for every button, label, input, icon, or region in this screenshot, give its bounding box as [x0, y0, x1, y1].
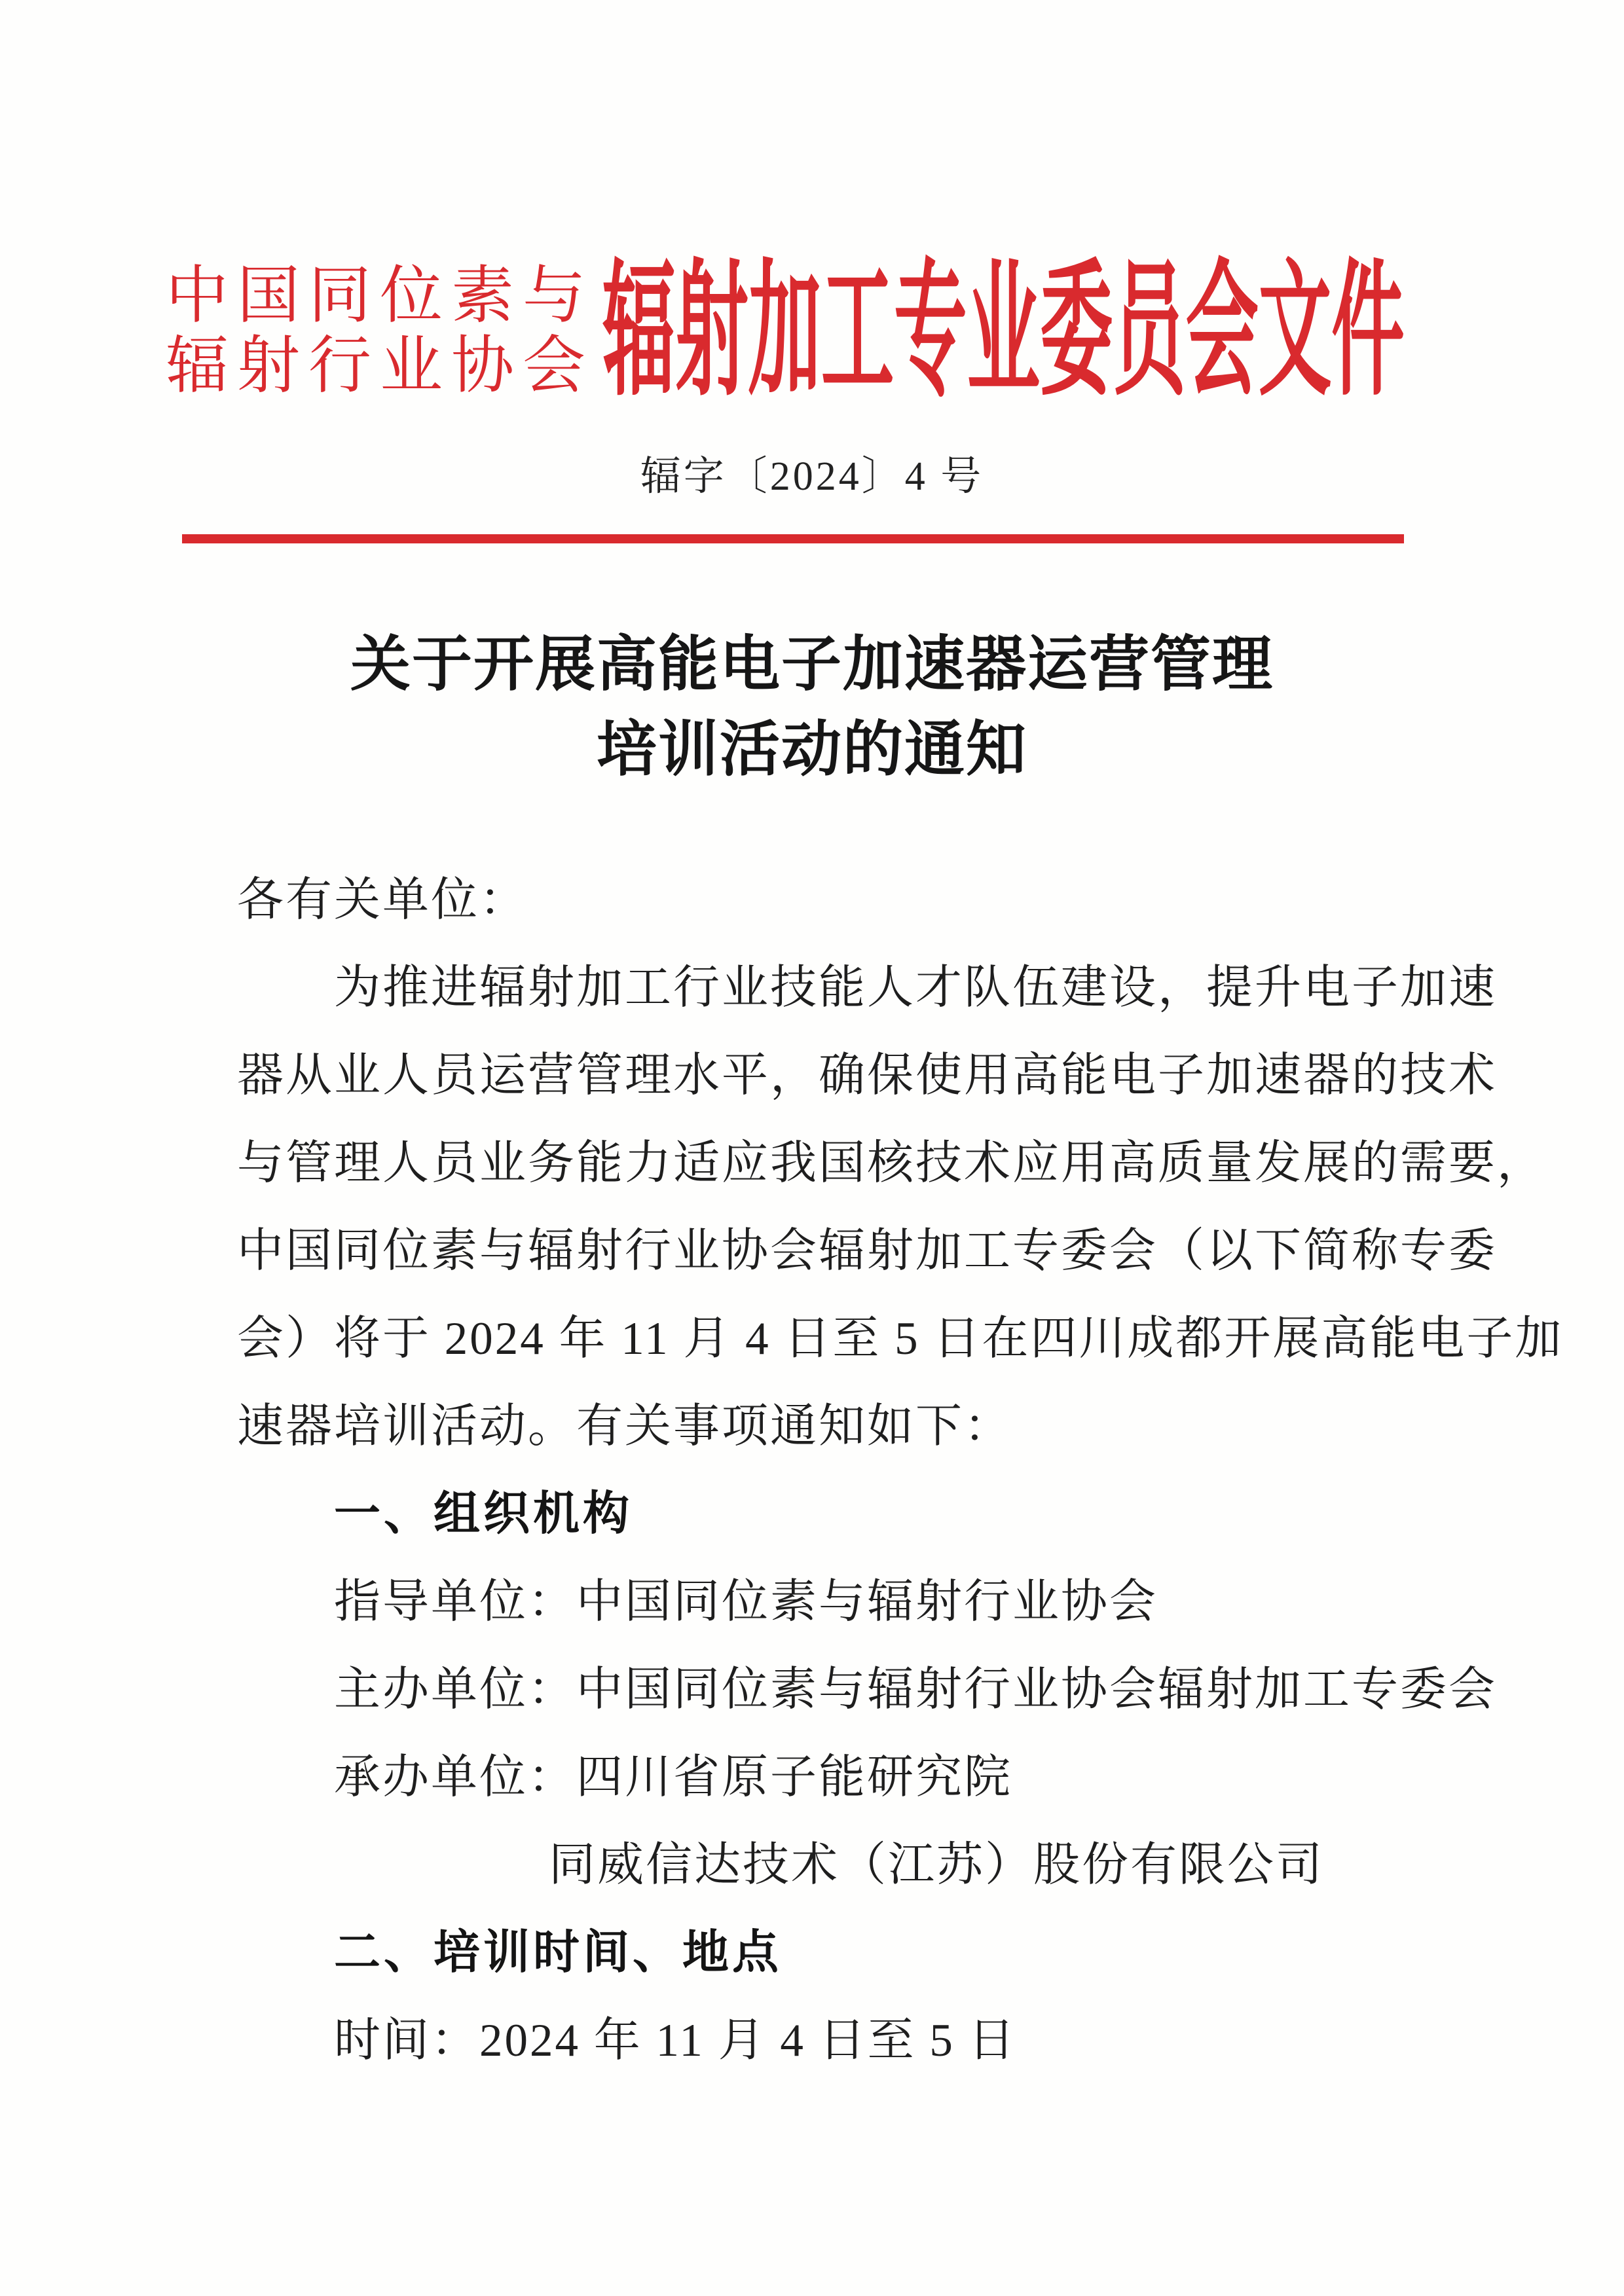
org-item-label: 指导单位：	[334, 1576, 576, 1628]
red-divider-rule	[182, 534, 1404, 543]
org-item-organizer: 承办单位：四川省原子能研究院	[237, 1734, 1416, 1821]
org-name-line1: 中国同位素与	[166, 261, 594, 331]
org-item-guidance: 指导单位：中国同位素与辐射行业协会	[237, 1558, 1416, 1646]
document-number: 辐字〔2024〕4 号	[0, 450, 1624, 503]
salutation: 各有关单位：	[237, 856, 1416, 944]
org-item-host: 主办单位：中国同位素与辐射行业协会辐射加工专委会	[237, 1646, 1416, 1734]
intro-line: 中国同位素与辐射行业协会辐射加工专委会（以下简称专委	[237, 1207, 1416, 1295]
document-title-line1: 关于开展高能电子加速器运营管理	[0, 622, 1624, 707]
org-item-value: 同威信达技术（江苏）股份有限公司	[549, 1840, 1324, 1891]
org-item-value: 中国同位素与辐射行业协会	[576, 1576, 1158, 1628]
issuing-org-name: 中国同位素与 辐射行业协会	[166, 261, 594, 401]
section-heading-organization: 一、组织机构	[237, 1470, 1416, 1558]
org-item-value: 中国同位素与辐射行业协会辐射加工专委会	[576, 1664, 1497, 1715]
document-title-line2: 培训活动的通知	[0, 707, 1624, 792]
intro-line: 速器培训活动。有关事项通知如下：	[237, 1383, 1416, 1470]
org-item-value: 四川省原子能研究院	[576, 1752, 1012, 1803]
intro-line: 与管理人员业务能力适应我国核技术应用高质量发展的需要，	[237, 1120, 1416, 1207]
document-title: 关于开展高能电子加速器运营管理 培训活动的通知	[0, 622, 1624, 792]
training-time-line: 时间：2024 年 11 月 4 日至 5 日	[237, 1997, 1416, 2085]
org-item-co-organizer: 同威信达技术（江苏）股份有限公司	[237, 1821, 1416, 1909]
committee-document-banner: 辐射加工专业委员会文件	[602, 256, 1405, 408]
intro-line: 器从业人员运营管理水平，确保使用高能电子加速器的技术	[237, 1032, 1416, 1120]
section-heading-time-place: 二、培训时间、地点	[237, 1909, 1416, 1997]
intro-line: 为推进辐射加工行业技能人才队伍建设，提升电子加速	[237, 944, 1416, 1032]
org-name-line2: 辐射行业协会	[166, 331, 594, 401]
intro-line: 会）将于 2024 年 11 月 4 日至 5 日在四川成都开展高能电子加	[237, 1295, 1416, 1383]
org-item-label: 主办单位：	[334, 1664, 576, 1715]
document-page: 中国同位素与 辐射行业协会 辐射加工专业委员会文件 辐字〔2024〕4 号 关于…	[0, 0, 1624, 2296]
org-item-label: 承办单位：	[334, 1752, 576, 1803]
document-body: 各有关单位： 为推进辐射加工行业技能人才队伍建设，提升电子加速 器从业人员运营管…	[237, 856, 1416, 2085]
